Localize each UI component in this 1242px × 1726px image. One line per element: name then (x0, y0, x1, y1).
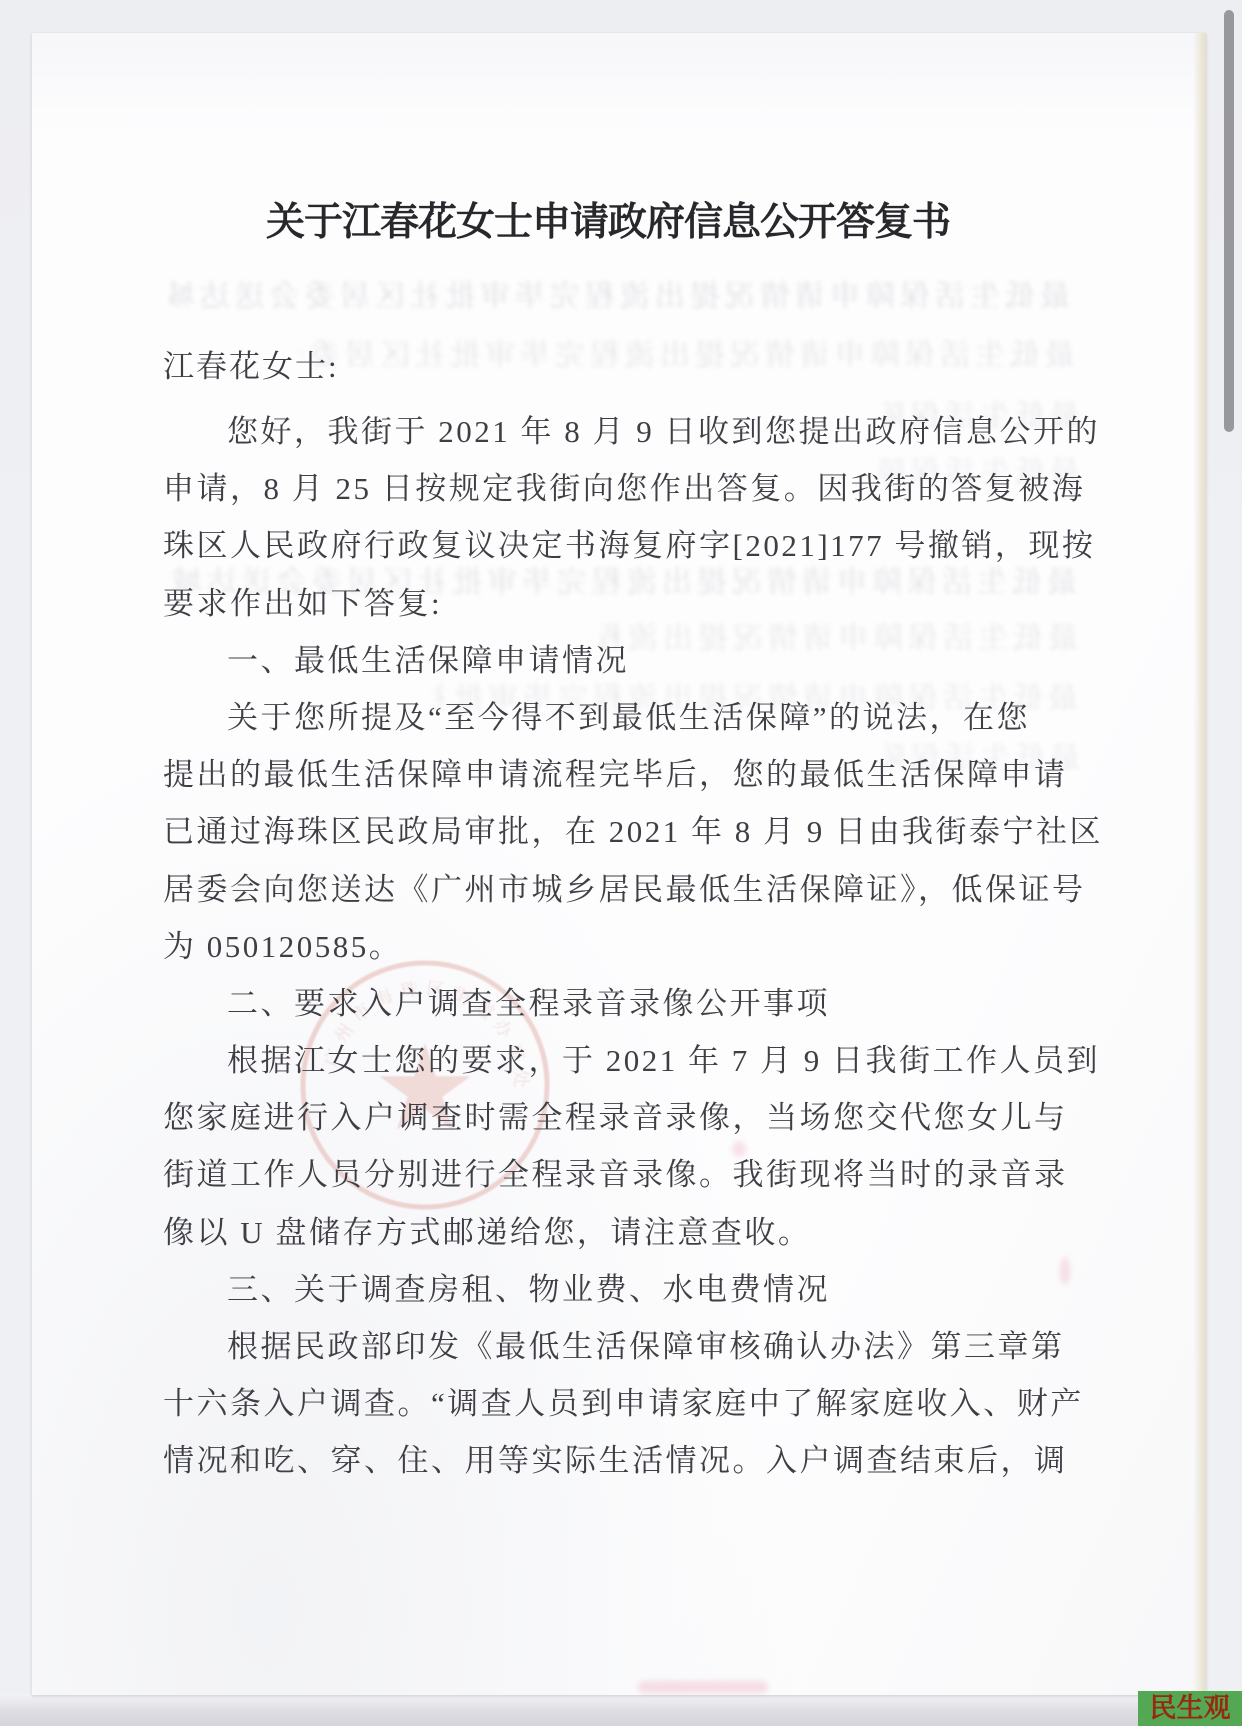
bleed-through-artifact: 最低生活保障申请情况提出流程完毕审批社区居委会送达城乡居民调查录音录像公开事项说… (170, 279, 1070, 315)
document-title: 关于江春花女士申请政府信息公开答复书 (163, 191, 1053, 247)
body-line: 您好，我街于 2021 年 8 月 9 日收到您提出政府信息公开的 (163, 403, 1068, 460)
body-line: 十六条入户调查。“调查人员到申请家庭中了解家庭收入、财产 (163, 1375, 1068, 1432)
scan-smudge (638, 1681, 768, 1693)
body-line: 根据民政部印发《最低生活保障审核确认办法》第三章第 (163, 1318, 1068, 1375)
body-line: 提出的最低生活保障申请流程完毕后，您的最低生活保障申请 (163, 746, 1068, 803)
body-line: 要求作出如下答复: (163, 575, 1068, 632)
body-line: 街道工作人员分别进行全程录音录像。我街现将当时的录音录 (163, 1146, 1068, 1203)
body-line: 二、要求入户调查全程录音录像公开事项 (163, 975, 1068, 1032)
body-line: 情况和吃、穿、住、用等实际生活情况。入户调查结束后，调 (163, 1432, 1068, 1489)
body-line: 关于您所提及“至今得不到最低生活保障”的说法，在您 (163, 689, 1068, 746)
scanned-document-page: 最低生活保障申请情况提出流程完毕审批社区居委会送达城乡居民调查录音录像公开事项说… (32, 33, 1206, 1695)
body-line: 为 050120585。 (163, 918, 1068, 975)
body-line: 居委会向您送达《广州市城乡居民最低生活保障证》，低保证号 (163, 861, 1068, 918)
body-lines: 您好，我街于 2021 年 8 月 9 日收到您提出政府信息公开的申请，8 月 … (163, 403, 1068, 1490)
body-line: 珠区人民政府行政复议决定书海复府字[2021]177 号撤销，现按 (163, 517, 1068, 574)
body-line: 您家庭进行入户调查时需全程录音录像，当场您交代您女儿与 (163, 1089, 1068, 1146)
viewer-background: 最低生活保障申请情况提出流程完毕审批社区居委会送达城乡居民调查录音录像公开事项说… (0, 0, 1242, 1726)
body-line: 三、关于调查房租、物业费、水电费情况 (163, 1261, 1068, 1318)
watermark-badge: 民生观察 (1138, 1691, 1242, 1726)
scrollbar-thumb[interactable] (1224, 10, 1234, 432)
body-line: 一、最低生活保障申请情况 (163, 632, 1068, 689)
body-line: 申请，8 月 25 日按规定我街向您作出答复。因我街的答复被海 (163, 460, 1068, 517)
salutation: 江春花女士: (163, 341, 339, 386)
body-line: 根据江女士您的要求，于 2021 年 7 月 9 日我街工作人员到 (163, 1032, 1068, 1089)
bleed-through-artifact: 最低生活保障申请情况提出流程完毕审批社区居委会送达城乡居民调查录音录像公开事项说… (300, 338, 1075, 374)
viewer-bottom-strip (0, 1694, 1242, 1726)
body-line: 像以 U 盘储存方式邮递给您，请注意查收。 (163, 1204, 1068, 1261)
body-line: 已通过海珠区民政局审批，在 2021 年 8 月 9 日由我街泰宁社区 (163, 803, 1068, 860)
